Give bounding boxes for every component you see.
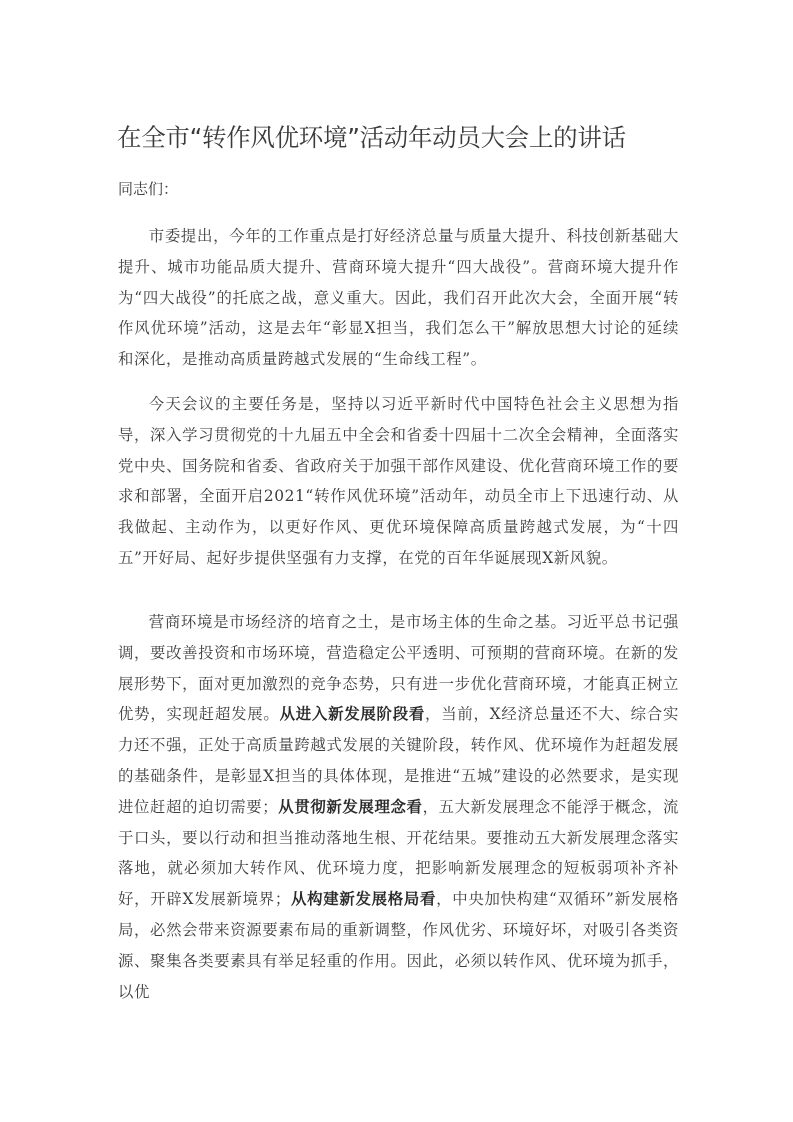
emphasis-new-stage: 从进入新发展阶段看 — [280, 705, 425, 723]
paragraph-3: 营商环境是市场经济的培育之土，是市场主体的生命之基。习近平总书记强调，要改善投资… — [118, 607, 679, 1007]
paragraph-2: 今天会议的主要任务是，坚持以习近平新时代中国特色社会主义思想为指导，深入学习贯彻… — [118, 389, 679, 574]
document-title: 在全市“转作风优环境”活动年动员大会上的讲话 — [117, 121, 717, 155]
emphasis-new-philosophy: 从贯彻新发展理念看 — [278, 798, 422, 816]
document-page: 在全市“转作风优环境”活动年动员大会上的讲话 同志们： 市委提出，今年的工作重点… — [0, 0, 793, 1122]
paragraph-text: 今天会议的主要任务是，坚持以习近平新时代中国特色社会主义思想为指导，深入学习贯彻… — [118, 395, 679, 567]
paragraph-1: 市委提出，今年的工作重点是打好经济总量与质量大提升、科技创新基础大提升、城市功能… — [118, 221, 679, 375]
paragraph-text: 市委提出，今年的工作重点是打好经济总量与质量大提升、科技创新基础大提升、城市功能… — [118, 227, 679, 368]
emphasis-new-pattern: 从构建新发展格局看 — [291, 890, 436, 908]
salutation: 同志们： — [118, 178, 178, 200]
